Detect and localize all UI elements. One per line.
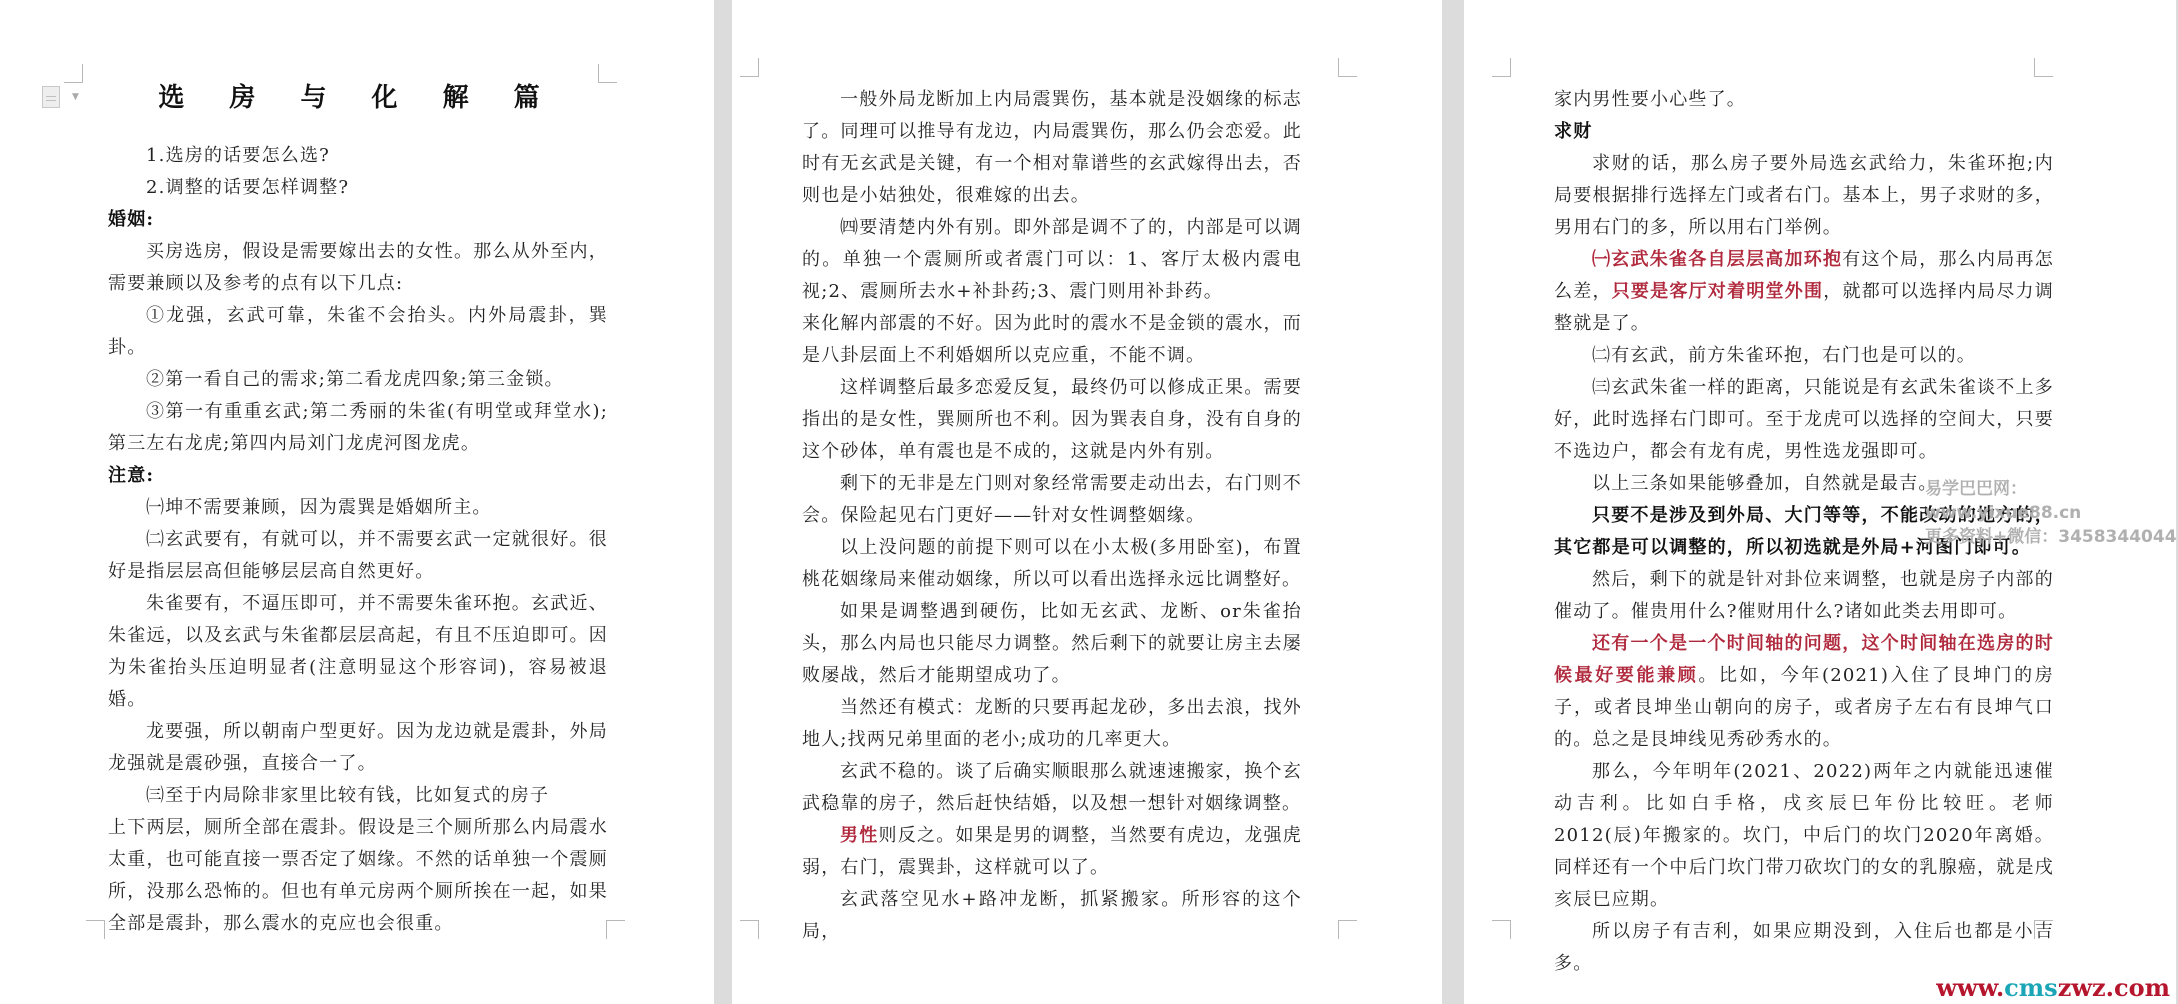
list-item: ②第一看自己的需求;第二看龙虎四象;第三金锁。 bbox=[108, 364, 608, 396]
paragraph: 来化解内部震的不好。因为此时的震水不是金锁的震水，而是八卦层面上不利婚姻所以克应… bbox=[802, 308, 1302, 372]
paragraph: 男性则反之。如果是男的调整，当然要有虎边，龙强虎弱，右门，震巽卦，这样就可以了。 bbox=[802, 820, 1302, 884]
watermark-prefix: www. bbox=[1936, 973, 2004, 1002]
paragraph: 玄武不稳的。谈了后确实顺眼那么就速速搬家，换个玄武稳靠的房子，然后赶快结婚，以及… bbox=[802, 756, 1302, 820]
paragraph: 这样调整后最多恋爱反复，最终仍可以修成正果。需要指出的是女性，巽厕所也不利。因为… bbox=[802, 372, 1302, 468]
list-item: ㈢玄武朱雀一样的距离，只能说是有玄武朱雀谈不上多好，此时选择右门即可。至于龙虎可… bbox=[1554, 372, 2054, 468]
crop-mark-top-right bbox=[2034, 58, 2053, 77]
paragraph: 当然还有模式：龙断的只要再起龙砂，多出去浪，找外地人;找两兄弟里面的老小;成功的… bbox=[802, 692, 1302, 756]
document-icon[interactable] bbox=[42, 86, 60, 108]
crop-mark-top-right bbox=[1338, 58, 1357, 77]
dropdown-arrow-icon[interactable]: ▼ bbox=[72, 92, 79, 102]
list-item: ㈣要清楚内外有别。即外部是调不了的，内部是可以调的。单独一个震厕所或者震门可以：… bbox=[802, 212, 1302, 308]
paragraph: 求财的话，那么房子要外局选玄武给力，朱雀环抱;内局要根据排行选择左门或者右门。基… bbox=[1554, 148, 2054, 244]
crop-mark-top-left bbox=[1492, 58, 1511, 77]
watermark-overlay: 易学巴巴网：www.yixue88.cn 更多资料+微信：3458344044 bbox=[1925, 477, 2178, 549]
crop-mark-bottom-right bbox=[1338, 920, 1357, 939]
paragraph: 剩下的无非是左门则对象经常需要走动出去，右门则不会。保险起见右门更好——针对女性… bbox=[802, 468, 1302, 532]
paragraph: 上下两层，厕所全部在震卦。假设是三个厕所那么内局震水太重，也可能直接一票否定了姻… bbox=[108, 812, 608, 940]
paragraph: 还有一个是一个时间轴的问题，这个时间轴在选房的时候最好要能兼顾。比如，今年(20… bbox=[1554, 628, 2054, 756]
paragraph: 那么，今年明年(2021、2022)两年之内就能迅速催动吉利。比如白手格，戌亥辰… bbox=[1554, 756, 2054, 916]
crop-mark-top-left bbox=[64, 64, 83, 83]
paragraph: 所以房子有吉利，如果应期没到，入住后也都是小吉多。 bbox=[1554, 916, 2054, 980]
crop-mark-bottom-left bbox=[86, 920, 105, 939]
crop-mark-bottom-left bbox=[740, 920, 759, 939]
watermark-suffix: zwz.com bbox=[2058, 973, 2170, 1002]
list-item: ①龙强，玄武可靠，朱雀不会抬头。内外局震卦，巽卦。 bbox=[108, 300, 608, 364]
watermark-mid: cms bbox=[2004, 973, 2058, 1002]
highlight-male: 男性 bbox=[840, 825, 879, 846]
paragraph: 一般外局龙断加上内局震巽伤，基本就是没姻缘的标志了。同理可以推导有龙边，内局震巽… bbox=[802, 84, 1302, 212]
section-heading-notes: 注意: bbox=[108, 460, 608, 492]
question-1: 1.选房的话要怎么选? bbox=[108, 140, 608, 172]
page-2-content: 一般外局龙断加上内局震巽伤，基本就是没姻缘的标志了。同理可以推导有龙边，内局震巽… bbox=[802, 84, 1302, 948]
paragraph: 如果是调整遇到硬伤，比如无玄武、龙断、or朱雀抬头，那么内局也只能尽力调整。然后… bbox=[802, 596, 1302, 692]
watermark-line-1: 易学巴巴网：www.yixue88.cn bbox=[1925, 477, 2178, 525]
paragraph: 以上没问题的前提下则可以在小太极(多用卧室)，布置桃花姻缘局来催动姻缘，所以可以… bbox=[802, 532, 1302, 596]
list-item: ㈠玄武朱雀各自层层高加环抱有这个局，那么内局再怎么差，只要是客厅对着明堂外围，就… bbox=[1554, 244, 2054, 340]
paragraph: 家内男性要小心些了。 bbox=[1554, 84, 2054, 116]
document-page-2: 一般外局龙断加上内局震巽伤，基本就是没姻缘的标志了。同理可以推导有龙边，内局震巽… bbox=[732, 0, 1442, 1004]
crop-mark-top-left bbox=[740, 58, 759, 77]
paragraph: 玄武落空见水+路冲龙断，抓紧搬家。所形容的这个局， bbox=[802, 884, 1302, 948]
paragraph: 然后，剩下的就是针对卦位来调整，也就是房子内部的催动了。催贵用什么?催财用什么?… bbox=[1554, 564, 2054, 628]
crop-mark-bottom-left bbox=[1492, 920, 1511, 939]
list-item: ③第一有重重玄武;第二秀丽的朱雀(有明堂或拜堂水);第三左右龙虎;第四内局刘门龙… bbox=[108, 396, 608, 460]
page-1-content: 选 房 与 化 解 篇 1.选房的话要怎么选? 2.调整的话要怎样调整? 婚姻:… bbox=[108, 78, 608, 940]
list-item: ㈢至于内局除非家里比较有钱，比如复式的房子 bbox=[108, 780, 608, 812]
paragraph: 朱雀要有，不逼压即可，并不需要朱雀环抱。玄武近、朱雀远，以及玄武与朱雀都层层高起… bbox=[108, 588, 608, 716]
question-2: 2.调整的话要怎样调整? bbox=[108, 172, 608, 204]
document-page-1: ▼ 选 房 与 化 解 篇 1.选房的话要怎么选? 2.调整的话要怎样调整? 婚… bbox=[0, 0, 714, 1004]
list-item: ㈠坤不需要兼顾，因为震巽是婚姻所主。 bbox=[108, 492, 608, 524]
watermark-footer: www.cmszwz.com bbox=[1936, 973, 2170, 1002]
section-heading-wealth: 求财 bbox=[1554, 116, 2054, 148]
list-item: ㈡有玄武，前方朱雀环抱，右门也是可以的。 bbox=[1554, 340, 2054, 372]
highlight-text: ㈠玄武朱雀各自层层高加环抱 bbox=[1592, 249, 1842, 270]
document-title: 选 房 与 化 解 篇 bbox=[108, 78, 608, 118]
watermark-line-2: 更多资料+微信：3458344044 bbox=[1925, 525, 2178, 549]
paragraph: 买房选房，假设是需要嫁出去的女性。那么从外至内，需要兼顾以及参考的点有以下几点: bbox=[108, 236, 608, 300]
section-heading-marriage: 婚姻: bbox=[108, 204, 608, 236]
paragraph: 龙要强，所以朝南户型更好。因为龙边就是震卦，外局龙强就是震砂强，直接合一了。 bbox=[108, 716, 608, 780]
list-item: ㈡玄武要有，有就可以，并不需要玄武一定就很好。很好是指层层高但能够层层高自然更好… bbox=[108, 524, 608, 588]
crop-mark-bottom-right bbox=[606, 920, 625, 939]
highlight-text: 只要是客厅对着明堂外围 bbox=[1612, 281, 1824, 302]
